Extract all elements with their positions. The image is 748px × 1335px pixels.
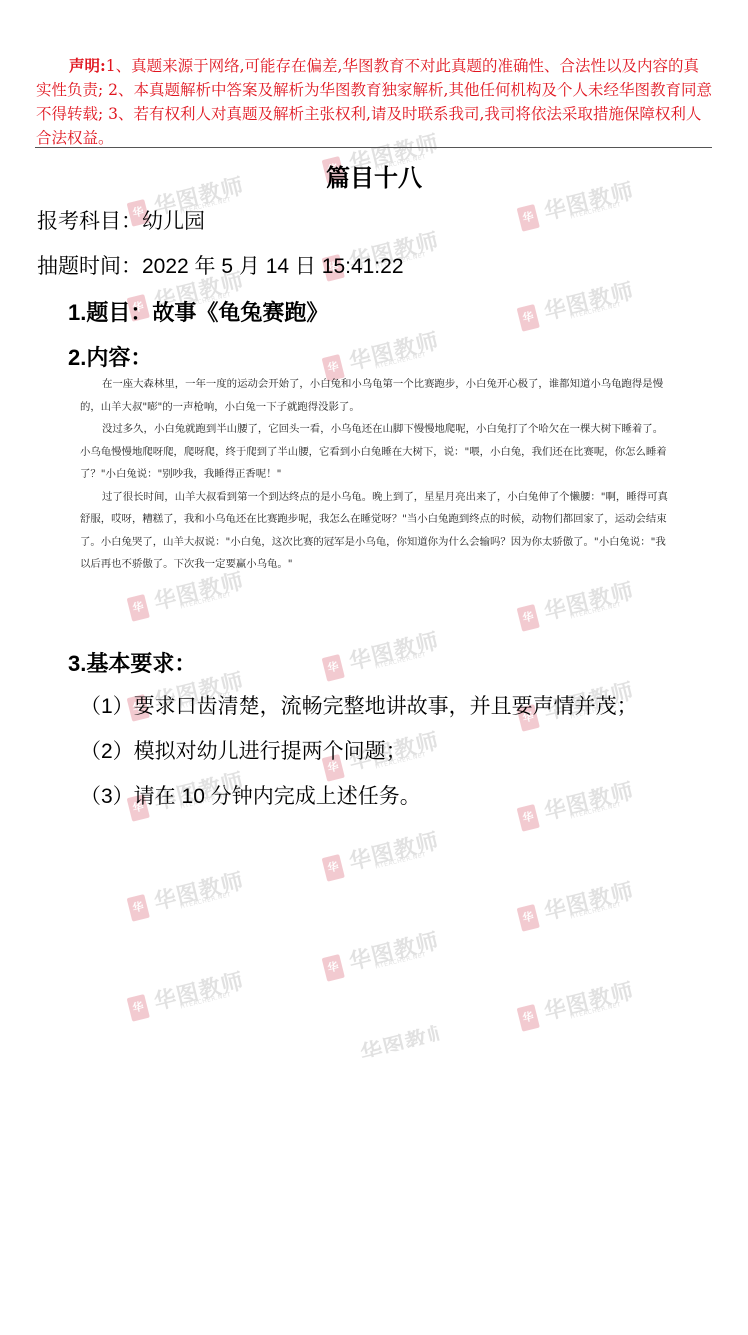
story-paragraph: 没过多久，小白兔就跑到半山腰了，它回头一看，小乌龟还在山脚下慢慢地爬呢，小白兔打…	[80, 418, 670, 486]
story-text: 在一座大森林里，一年一度的运动会开始了，小白兔和小乌龟第一个比赛跑步，小白兔开心…	[80, 373, 670, 576]
watermark-logo-icon: 华	[127, 894, 150, 922]
watermark-logo-icon: 华	[517, 604, 540, 632]
watermark-logo-icon: 华	[517, 804, 540, 832]
watermark: 华华图教师HTEACHER.NET	[515, 272, 642, 344]
exam-subject: 报考科目：幼儿园	[37, 205, 205, 235]
watermark: 华华图教师HTEACHER.NET	[515, 872, 642, 944]
watermark-logo-icon: 华	[322, 654, 345, 682]
watermark-logo-icon: 华	[127, 594, 150, 622]
watermark: 华华图教师HTEACHER.NET	[125, 862, 252, 934]
requirements-heading: 3.基本要求：	[68, 647, 196, 678]
watermark-logo-icon: 华	[517, 904, 540, 932]
watermark-logo-icon: 华	[517, 304, 540, 332]
watermark-logo-icon: 华	[517, 204, 540, 232]
content-heading: 2.内容：	[68, 341, 152, 372]
watermark-logo-icon: 华	[127, 994, 150, 1022]
disclaimer: 声明:1、真题来源于网络,可能存在偏差,华图教育不对此真题的准确性、合法性以及内…	[36, 54, 712, 150]
watermark-partial: 华图教师	[358, 1023, 440, 1060]
watermark-logo-icon: 华	[322, 854, 345, 882]
watermark: 华华图教师HTEACHER.NET	[125, 962, 252, 1034]
story-paragraph: 在一座大森林里，一年一度的运动会开始了，小白兔和小乌龟第一个比赛跑步，小白兔开心…	[80, 373, 670, 418]
watermark: 华华图教师HTEACHER.NET	[515, 772, 642, 844]
watermark: 华华图教师HTEACHER.NET	[320, 922, 447, 994]
requirement-item: （2）模拟对幼儿进行提两个问题；	[80, 735, 407, 765]
draw-time: 抽题时间：2022 年 5 月 14 日 15:41:22	[37, 250, 404, 280]
requirement-item: （1）要求口齿清楚，流畅完整地讲故事，并且要声情并茂；	[80, 690, 638, 720]
watermark-logo-icon: 华	[517, 1004, 540, 1032]
watermark: 华华图教师HTEACHER.NET	[320, 822, 447, 894]
watermark: 华华图教师HTEACHER.NET	[515, 572, 642, 644]
divider	[35, 147, 712, 148]
document-title: 篇目十八	[0, 158, 748, 193]
disclaimer-lead: 声明:	[69, 56, 106, 75]
disclaimer-text: 1、真题来源于网络,可能存在偏差,华图教育不对此真题的准确性、合法性以及内容的真…	[36, 57, 712, 147]
topic-heading: 1.题目：故事《龟兔赛跑》	[68, 296, 328, 327]
watermark: 华华图教师HTEACHER.NET	[320, 622, 447, 694]
requirement-item: （3）请在 10 分钟内完成上述任务。	[80, 780, 421, 810]
watermark-logo-icon: 华	[322, 954, 345, 982]
watermark: 华华图教师HTEACHER.NET	[515, 972, 642, 1044]
story-paragraph: 过了很长时间，山羊大叔看到第一个到达终点的是小乌龟。晚上到了，星星月亮出来了，小…	[80, 486, 670, 576]
